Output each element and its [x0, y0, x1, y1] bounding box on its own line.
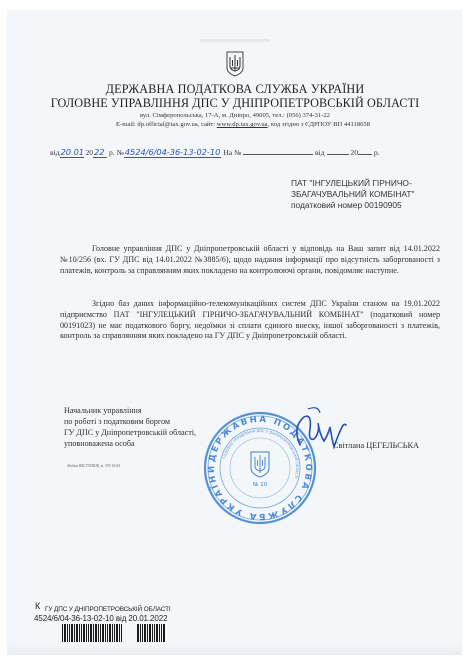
on-number-label: На №	[223, 148, 241, 157]
position-line1: Начальник управління	[64, 405, 196, 416]
year-end: р.	[109, 148, 115, 157]
recipient-line2: ЗБАГАЧУВАЛЬНИЙ КОМБІНАТ"	[291, 189, 414, 200]
body-paragraph-2: Згідно баз даних інформаційно-телекомуні…	[60, 299, 440, 342]
handwritten-signature-icon	[290, 405, 350, 465]
website-link[interactable]: www.dp.tax.gov.ua	[217, 121, 268, 128]
org-contacts: E-mail: dp.official@tax.gov.ua, сайт: ww…	[8, 121, 470, 128]
scan-artifact	[200, 39, 270, 42]
on-year-prefix: 20	[350, 148, 358, 157]
recipient-block: ПАТ "ІНГУЛЕЦЬКИЙ ГІРНИЧО- ЗБАГАЧУВАЛЬНИЙ…	[291, 178, 414, 211]
reference-line: від20 01 2022 р. №4524/6/04-36-13-02-10 …	[50, 146, 380, 158]
on-year-end: р.	[374, 148, 380, 157]
org-address: вул. Сімферопольська, 17-А, м. Дніпро, 4…	[0, 112, 470, 119]
letter-year: 22	[93, 147, 107, 158]
from-label: від	[50, 148, 60, 157]
position-line3: ГУ ДПС у Дніпропетровській області,	[64, 427, 196, 438]
number-label: №	[117, 148, 124, 157]
on-number-blank	[243, 146, 313, 155]
letter-number: 4524/6/04-36-13-02-10	[124, 147, 221, 158]
registration-office: ГУ ДПС У ДНІПРОПЕТРОВСЬКІЙ ОБЛАСТІ	[45, 606, 171, 613]
org-name-line1: ДЕРЖАВНА ПОДАТКОВА СЛУЖБА УКРАЇНИ	[0, 82, 470, 97]
registration-mark: К	[35, 601, 40, 611]
signatory-position: Начальник управління по роботі з податко…	[64, 405, 196, 449]
on-from-label: від	[315, 148, 325, 157]
position-line4: уповноважена особа	[64, 438, 196, 449]
position-line2: по роботі з податковим боргом	[64, 416, 196, 427]
year-prefix: 20	[85, 148, 93, 157]
body-paragraph-1: Головне управління ДПС у Дніпропетровськ…	[60, 244, 440, 276]
trident-coat-of-arms-icon	[226, 51, 244, 77]
contact-prefix: E-mail: dp.official@tax.gov.ua, сайт:	[116, 121, 217, 128]
registration-number-date: 4524/6/04-36-13-02-10 від 20.01.2022	[34, 614, 167, 623]
letter-date: 20 01	[60, 147, 84, 158]
svg-text:№ 10: № 10	[253, 482, 268, 488]
org-name-line2: ГОЛОВНЕ УПРАВЛІННЯ ДПС У ДНІПРОПЕТРОВСЬК…	[0, 96, 470, 111]
recipient-tax-number: податковий номер 00190905	[291, 200, 414, 211]
barcode	[62, 624, 166, 642]
executor-note: Любим ПАСТУШОК, м. 370-10-64	[67, 464, 120, 468]
contact-suffix: , код згідно з ЄДРПОУ ВП 44118658	[268, 121, 370, 128]
on-date-blank	[327, 146, 349, 155]
recipient-line1: ПАТ "ІНГУЛЕЦЬКИЙ ГІРНИЧО-	[291, 178, 414, 189]
on-year-blank	[358, 146, 372, 155]
